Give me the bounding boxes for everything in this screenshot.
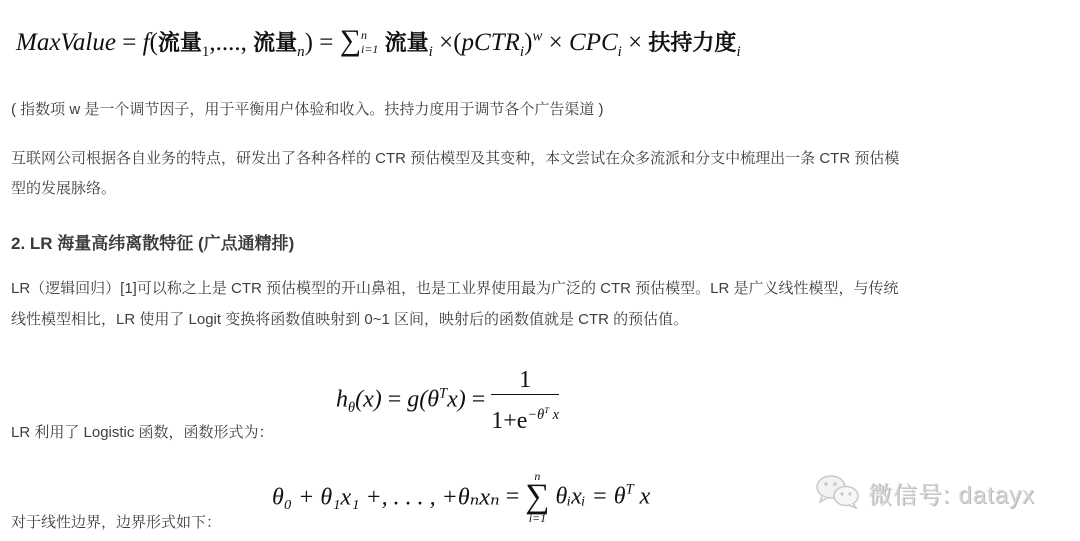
- x-arg: (x): [355, 386, 382, 412]
- denominator: 1+e−θT x: [491, 395, 559, 436]
- sum-upper: n: [361, 28, 378, 42]
- subscript: i: [736, 44, 740, 60]
- traffic-term: 流量: [253, 31, 297, 56]
- cpc-term: CPC: [569, 29, 618, 56]
- h-symbol: h: [336, 386, 348, 412]
- times-sign: ×: [439, 29, 453, 56]
- support-term: 扶持力度: [648, 31, 736, 56]
- exponent-note: ( 指数项 w 是一个调节因子，用于平衡用户体验和收入。扶持力度用于调节各个广告…: [11, 95, 604, 125]
- den-base: 1+e: [491, 408, 527, 434]
- times-sign: ×: [628, 29, 642, 56]
- linear-lhs: θ₀ + θ₁x₁ +, . . . , +θₙxₙ: [272, 485, 500, 511]
- transpose: T: [439, 385, 447, 401]
- equals-sign: =: [122, 29, 136, 56]
- rhs-theta: = θ: [592, 484, 626, 510]
- function-f: f: [143, 29, 150, 56]
- intro-paragraph-line2: 型的发展脉络。: [11, 174, 116, 204]
- fraction: 1 1+e−θT x: [491, 366, 559, 436]
- traffic-term: 流量: [385, 31, 429, 56]
- transpose: T: [626, 482, 634, 498]
- equals-sign: =: [319, 29, 333, 56]
- subscript: i: [618, 44, 622, 60]
- max-value-formula: MaxValue = f(流量1,...., 流量n) = ∑ni=1 流量i …: [16, 24, 741, 61]
- lr-paragraph-line2: 线性模型相比，LR 使用了 Logit 变换将函数值映射到 0~1 区间，映射后…: [11, 305, 688, 335]
- formula-lhs: MaxValue: [16, 29, 116, 56]
- g-function: g(θ: [407, 386, 439, 412]
- linear-boundary-formula: θ₀ + θ₁x₁ +, . . . , +θₙxₙ = n ∑ i=1 θᵢx…: [272, 470, 650, 524]
- wechat-icon: [814, 472, 864, 512]
- watermark-text: 微信号: datayx: [868, 475, 1035, 510]
- sum-lower: i=1: [361, 42, 378, 56]
- lr-paragraph-line1: LR（逻辑回归）[1]可以称之上是 CTR 预估模型的开山鼻祖，也是工业界使用最…: [11, 274, 899, 304]
- x-var: x: [549, 407, 559, 423]
- intro-paragraph-line1: 互联网公司根据各自业务的特点，研发出了各种各样的 CTR 预估模型及其变种，本文…: [11, 144, 899, 174]
- sum-term: θᵢxᵢ: [556, 484, 586, 510]
- x-arg: x): [447, 386, 466, 412]
- numerator: 1: [491, 366, 559, 395]
- traffic-term: 流量: [158, 31, 202, 56]
- subscript: i: [520, 44, 524, 60]
- section-heading: 2. LR 海量高纬离散特征 (广点通精排): [11, 229, 294, 254]
- subscript: n: [297, 44, 305, 60]
- subscript: i: [429, 44, 433, 60]
- x-var: x: [634, 484, 651, 510]
- logistic-formula: hθ(x) = g(θTx) = 1 1+e−θT x: [336, 366, 559, 436]
- logistic-caption: LR 利用了 Logistic 函数，函数形式为：: [11, 418, 274, 448]
- sum-symbol: n ∑ i=1: [525, 470, 549, 524]
- sum-symbol: ∑: [340, 24, 361, 57]
- sum-lower: i=1: [525, 512, 549, 524]
- exponent-w: w: [532, 29, 542, 45]
- den-exponent: −θT x: [527, 407, 559, 423]
- ellipsis: ,....,: [209, 29, 247, 56]
- times-sign: ×: [549, 29, 563, 56]
- pctr-term: pCTR: [462, 29, 520, 56]
- watermark: 微信号: datayx: [814, 472, 1035, 512]
- neg-theta: −θ: [527, 407, 544, 423]
- linear-caption: 对于线性边界，边界形式如下：: [11, 508, 221, 538]
